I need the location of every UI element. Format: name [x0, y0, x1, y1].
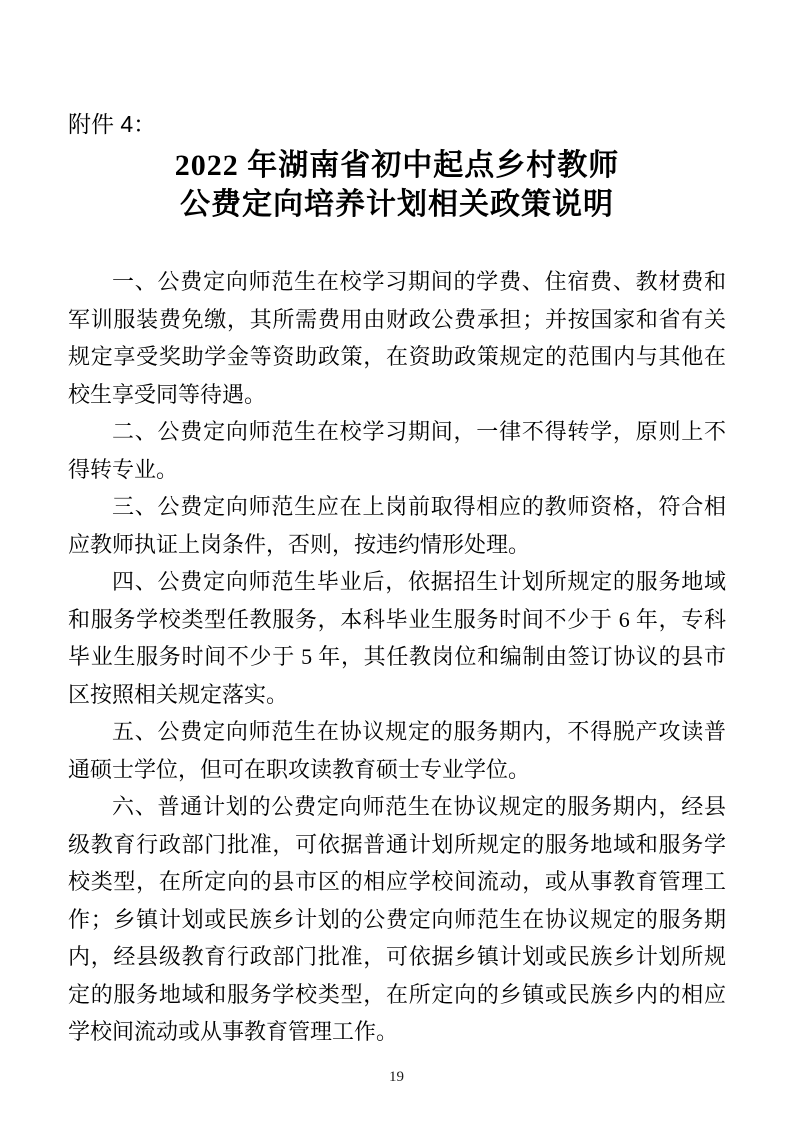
document-title-line-1: 2022 年湖南省初中起点乡村教师 [68, 146, 726, 185]
paragraph-4: 四、公费定向师范生毕业后，依据招生计划所规定的服务地域和服务学校类型任教服务，本… [68, 563, 726, 713]
document-page: 附件 4： 2022 年湖南省初中起点乡村教师 公费定向培养计划相关政策说明 一… [0, 0, 793, 1122]
paragraph-1: 一、公费定向师范生在校学习期间的学费、住宿费、教材费和军训服装费免缴，其所需费用… [68, 263, 726, 413]
paragraph-5: 五、公费定向师范生在协议规定的服务期内，不得脱产攻读普通硕士学位，但可在职攻读教… [68, 713, 726, 788]
page-number: 19 [0, 1068, 793, 1086]
paragraph-3: 三、公费定向师范生应在上岗前取得相应的教师资格，符合相应教师执证上岗条件，否则，… [68, 488, 726, 563]
attachment-label: 附件 4： [68, 110, 726, 138]
document-title: 2022 年湖南省初中起点乡村教师 公费定向培养计划相关政策说明 [68, 146, 726, 224]
document-title-line-2: 公费定向培养计划相关政策说明 [68, 185, 726, 224]
paragraph-2: 二、公费定向师范生在校学习期间，一律不得转学，原则上不得转专业。 [68, 413, 726, 488]
paragraph-6: 六、普通计划的公费定向师范生在协议规定的服务期内，经县级教育行政部门批准，可依据… [68, 788, 726, 1051]
document-body: 一、公费定向师范生在校学习期间的学费、住宿费、教材费和军训服装费免缴，其所需费用… [68, 263, 726, 1051]
